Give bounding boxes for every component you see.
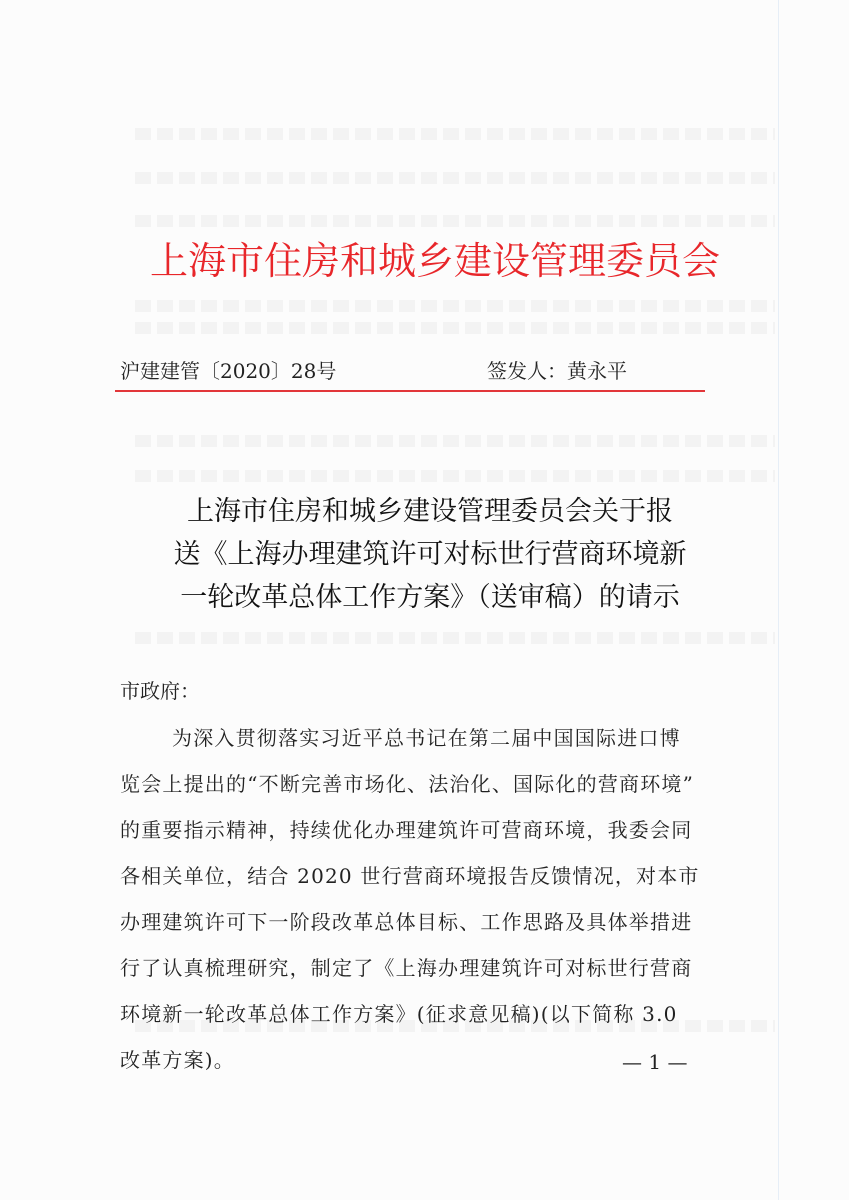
- document-number: 沪建建管〔2020〕28号: [120, 355, 336, 384]
- title-line: 上海市住房和城乡建设管理委员会关于报: [110, 490, 750, 533]
- salutation: 市政府：: [120, 675, 200, 704]
- bleed-through-text: [135, 300, 775, 312]
- document-title: 上海市住房和城乡建设管理委员会关于报 送《上海办理建筑许可对标世行营商环境新 一…: [110, 490, 750, 619]
- bleed-through-text: [135, 128, 775, 140]
- body-line: 办理建筑许可下一阶段改革总体目标、工作思路及具体举措进: [120, 899, 720, 945]
- title-line: 一轮改革总体工作方案》（送审稿）的请示: [110, 576, 750, 619]
- body-line: 为深入贯彻落实习近平总书记在第二届中国国际进口博: [120, 715, 720, 761]
- body-line: 览会上提出的“不断完善市场化、法治化、国际化的营商环境”: [120, 761, 720, 807]
- bleed-through-text: [135, 172, 775, 184]
- issuer-header: 上海市住房和城乡建设管理委员会: [150, 230, 710, 285]
- bleed-through-text: [135, 215, 775, 227]
- red-divider-rule: [115, 390, 705, 392]
- bleed-through-text: [135, 435, 775, 447]
- title-line: 送《上海办理建筑许可对标世行营商环境新: [110, 533, 750, 576]
- bleed-through-text: [135, 470, 775, 482]
- document-page: 上海市住房和城乡建设管理委员会 沪建建管〔2020〕28号 签发人：黄永平 上海…: [0, 0, 849, 1200]
- bleed-through-text: [135, 322, 775, 334]
- body-line: 行了认真梳理研究，制定了《上海办理建筑许可对标世行营商: [120, 945, 720, 991]
- bleed-through-text: [135, 632, 775, 644]
- body-paragraph: 为深入贯彻落实习近平总书记在第二届中国国际进口博 览会上提出的“不断完善市场化、…: [120, 715, 720, 1083]
- body-line: 各相关单位，结合 2020 世行营商环境报告反馈情况，对本市: [120, 853, 720, 899]
- body-line: 环境新一轮改革总体工作方案》(征求意见稿)(以下简称 3.0: [120, 991, 720, 1037]
- scan-fold-line: [778, 0, 779, 1200]
- signer: 签发人：黄永平: [487, 355, 627, 384]
- body-line: 的重要指示精神，持续优化办理建筑许可营商环境，我委会同: [120, 807, 720, 853]
- page-number: — 1 —: [622, 1050, 687, 1074]
